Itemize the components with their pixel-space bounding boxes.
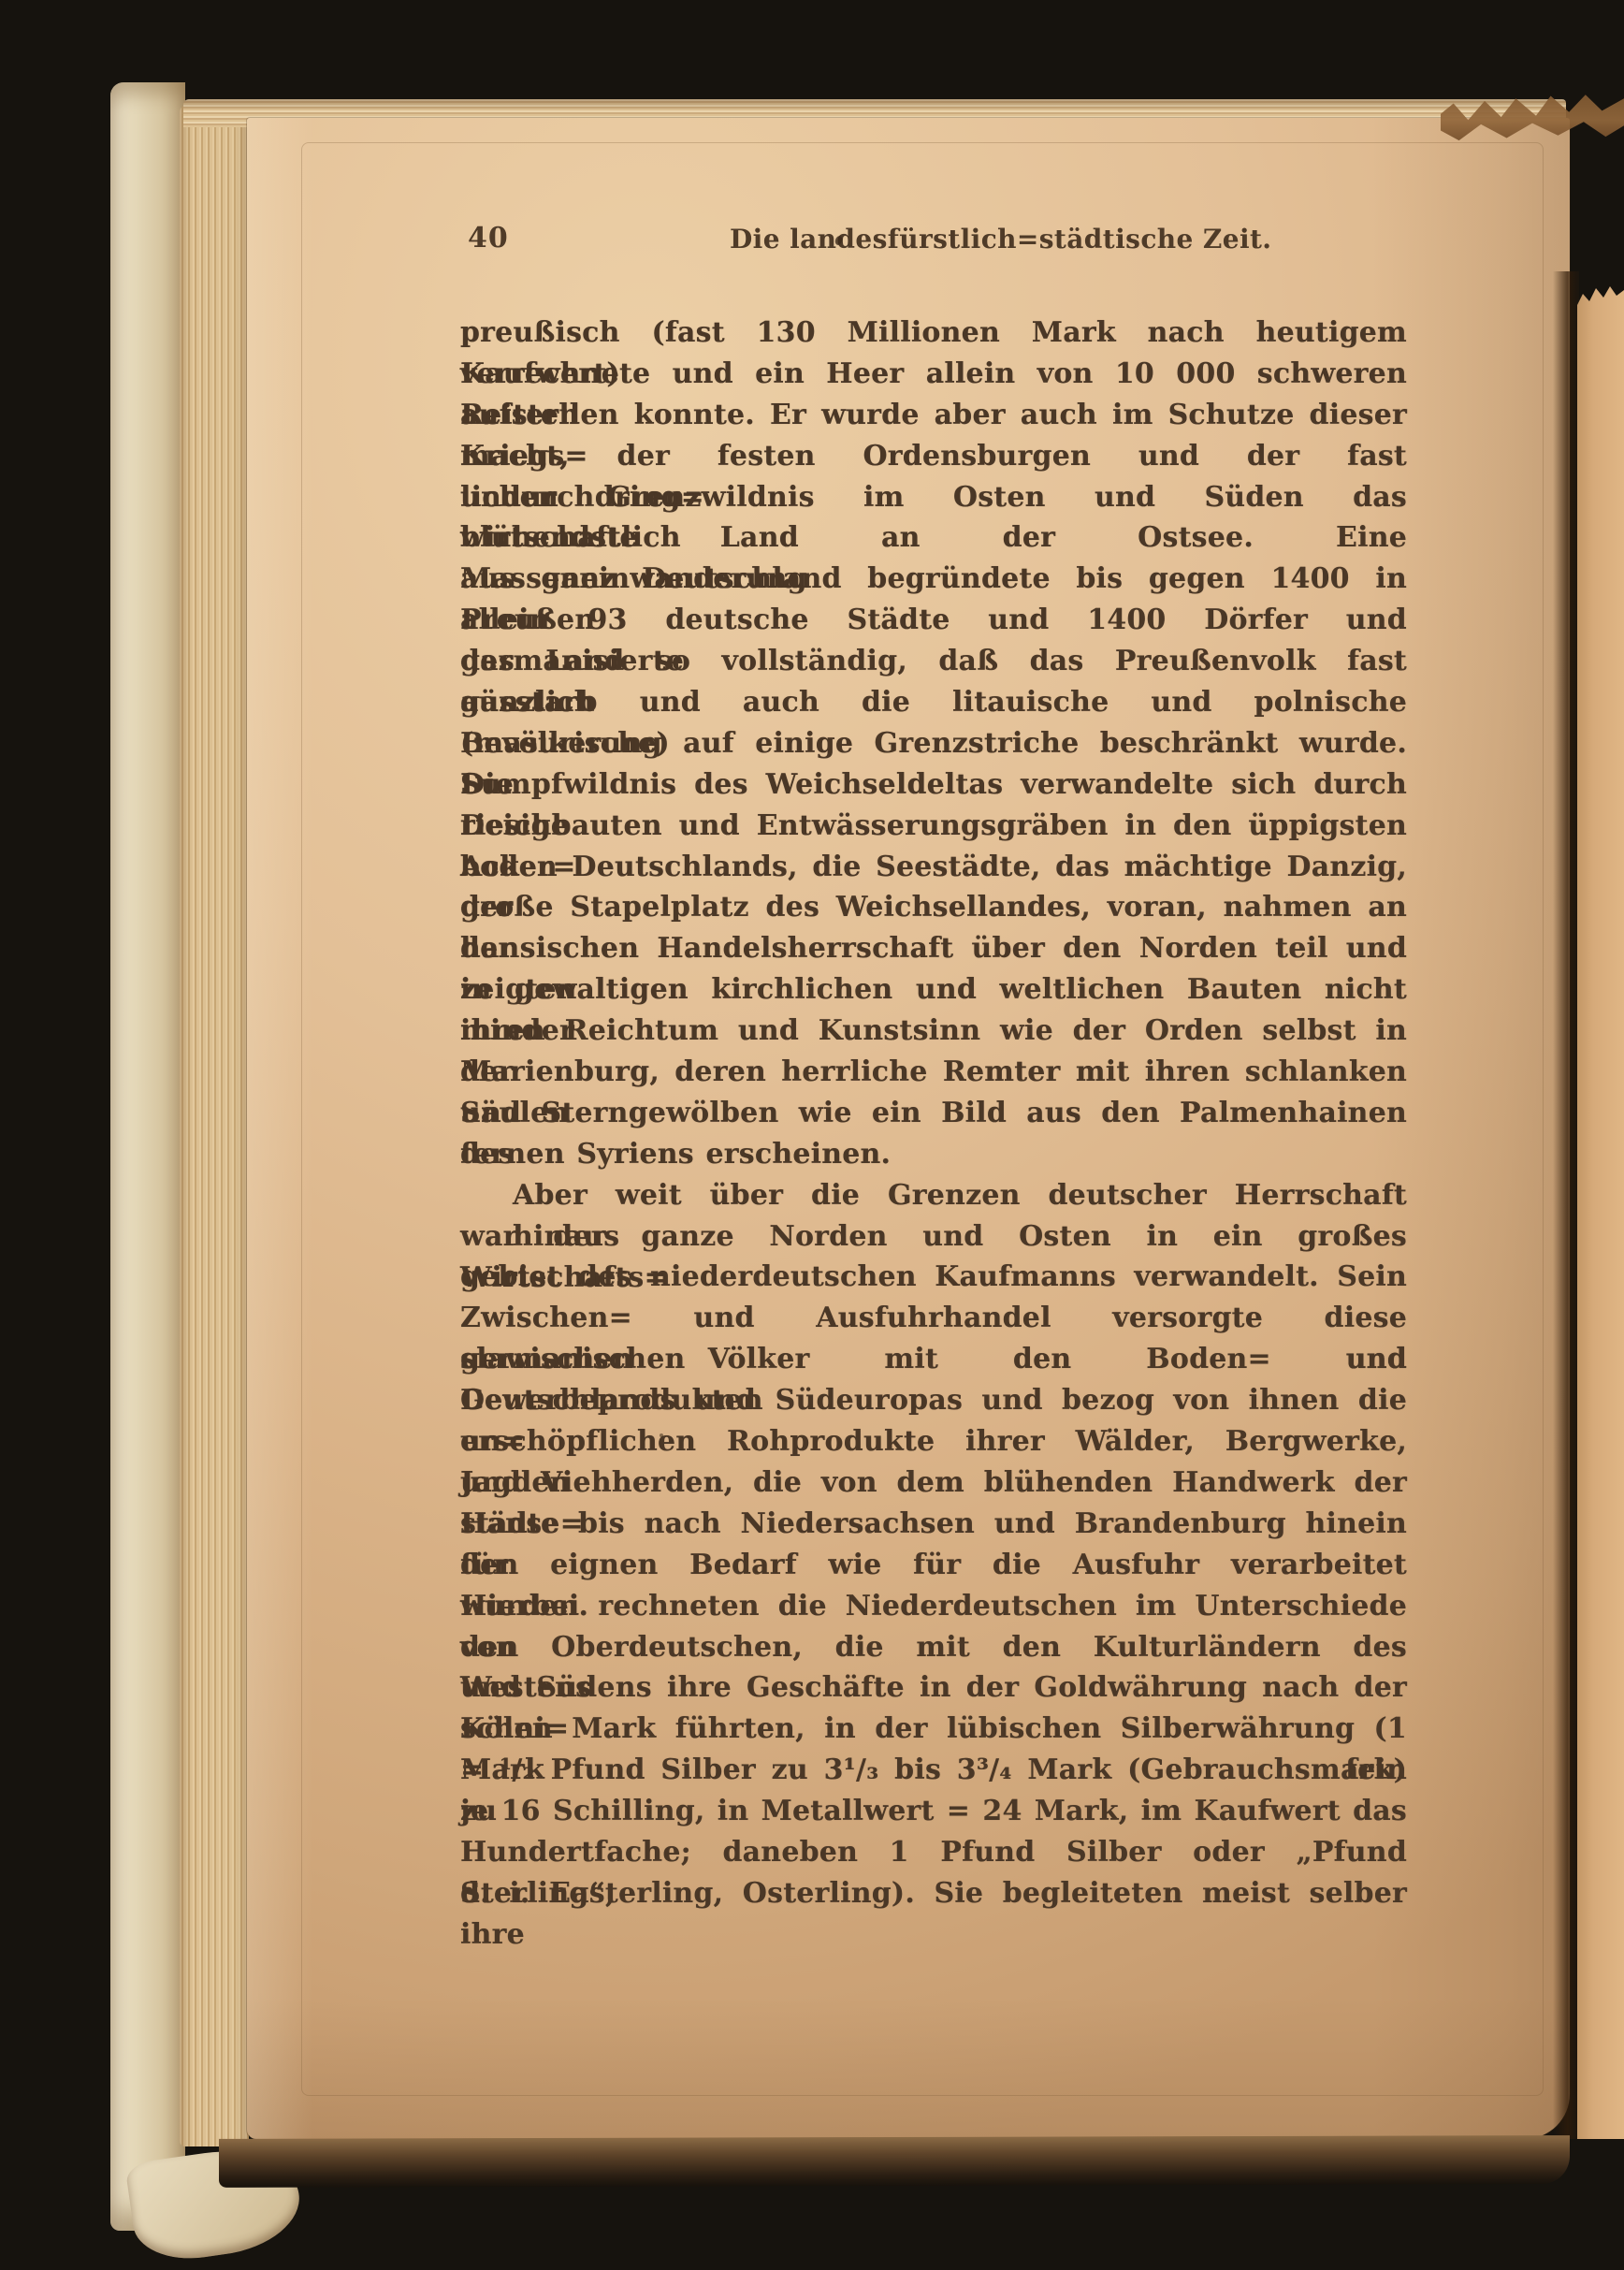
text-line: schen Mark führten, in der lübischen Sil…	[460, 1709, 1407, 1750]
text-line: große Stapelplatz des Weichsellandes, vo…	[460, 887, 1407, 928]
text-line: städte bis nach Niedersachsen und Brande…	[460, 1504, 1407, 1545]
text-line: und Südens ihre Geschäfte in der Goldwäh…	[460, 1667, 1407, 1709]
book-cover-edge	[110, 82, 185, 2231]
text-line: lichen Grenzwildnis im Osten und Süden d…	[460, 477, 1407, 518]
text-line: ausstarb und auch die litauische und pol…	[460, 682, 1407, 723]
text-line: Sumpfwildnis des Weichseldeltas verwande…	[460, 764, 1407, 806]
text-line: den Oberdeutschen, die mit den Kulturlän…	[460, 1627, 1407, 1668]
text-line: boden Deutschlands, die Seestädte, das m…	[460, 847, 1407, 888]
text-line: Zwischen= und Ausfuhrhandel versorgte di…	[460, 1298, 1407, 1339]
text-line: = ¹/₂ Pfund Silber zu 3¹/₃ bis 3³/₄ Mark…	[460, 1750, 1407, 1791]
text-line: Bevölkerung auf einige Grenzstriche besc…	[460, 723, 1407, 764]
text-line: macht, der festen Ordensburgen und der f…	[460, 436, 1407, 477]
text-line: fernen Syriens erscheinen.	[460, 1134, 1407, 1175]
page-number: 40	[468, 223, 552, 255]
next-page-edge	[1577, 281, 1624, 2139]
text-line: in gewaltigen kirchlichen und weltlichen…	[460, 969, 1407, 1011]
text-line: das Land so vollständig, daß das Preußen…	[460, 641, 1407, 682]
text-line: preußisch (fast 130 Millionen Mark nach …	[460, 313, 1407, 354]
text-line: aufstellen konnte. Er wurde aber auch im…	[460, 395, 1407, 436]
page-edge-stack-left	[180, 105, 249, 2146]
text-line: Hundertfache; daneben 1 Pfund Silber ode…	[460, 1832, 1407, 1873]
text-line: blühendste Land an der Ostsee. Eine Mass…	[460, 517, 1407, 559]
text-line: erschöpflichen Rohprodukte ihrer Wälder,…	[460, 1421, 1407, 1462]
text-line: verrechnete und ein Heer allein von 10 0…	[460, 354, 1407, 395]
text-line: hansischen Handelsherrschaft über den No…	[460, 928, 1407, 969]
photo-background: 40 Die landesfürstlich=städtische Zeit. …	[0, 0, 1624, 2270]
text-line: Aber weit über die Grenzen deutscher Her…	[460, 1175, 1407, 1216]
text-line: und Sterngewölben wie ein Bild aus den P…	[460, 1093, 1407, 1134]
running-title: Die landesfürstlich=städtische Zeit.	[730, 225, 1385, 255]
page-gutter-shadow	[1553, 271, 1579, 2139]
text-line: slawischen Völker mit den Boden= und Gew…	[460, 1339, 1407, 1380]
text-line: d. i. Easterling, Osterling). Sie beglei…	[460, 1873, 1407, 1914]
page-block-shadow	[219, 2135, 1570, 2188]
text-line: den eignen Bedarf wie für die Ausfuhr ve…	[460, 1545, 1407, 1586]
text-line: allein 93 deutsche Städte und 1400 Dörfe…	[460, 600, 1407, 641]
text-line: Deichbauten und Entwässerungsgräben in d…	[460, 806, 1407, 847]
body-text: preußisch (fast 130 Millionen Mark nach …	[460, 313, 1407, 1914]
ink-speck	[660, 1433, 663, 1437]
text-line: aus ganz Deutschland begründete bis gege…	[460, 559, 1407, 600]
text-line: ihren Reichtum und Kunstsinn wie der Ord…	[460, 1011, 1407, 1052]
text-line: je 16 Schilling, in Metallwert = 24 Mark…	[460, 1791, 1407, 1832]
text-line: war der ganze Norden und Osten in ein gr…	[460, 1216, 1407, 1258]
text-line: und Viehherden, die von dem blühenden Ha…	[460, 1462, 1407, 1504]
text-line: Deutschlands und Südeuropas und bezog vo…	[460, 1380, 1407, 1421]
text-line: Marienburg, deren herrliche Remter mit i…	[460, 1052, 1407, 1093]
text-line: Hierbei rechneten die Niederdeutschen im…	[460, 1586, 1407, 1627]
text-line: gebiet des niederdeutschen Kaufmanns ver…	[460, 1257, 1407, 1298]
book-page: 40 Die landesfürstlich=städtische Zeit. …	[247, 118, 1570, 2139]
